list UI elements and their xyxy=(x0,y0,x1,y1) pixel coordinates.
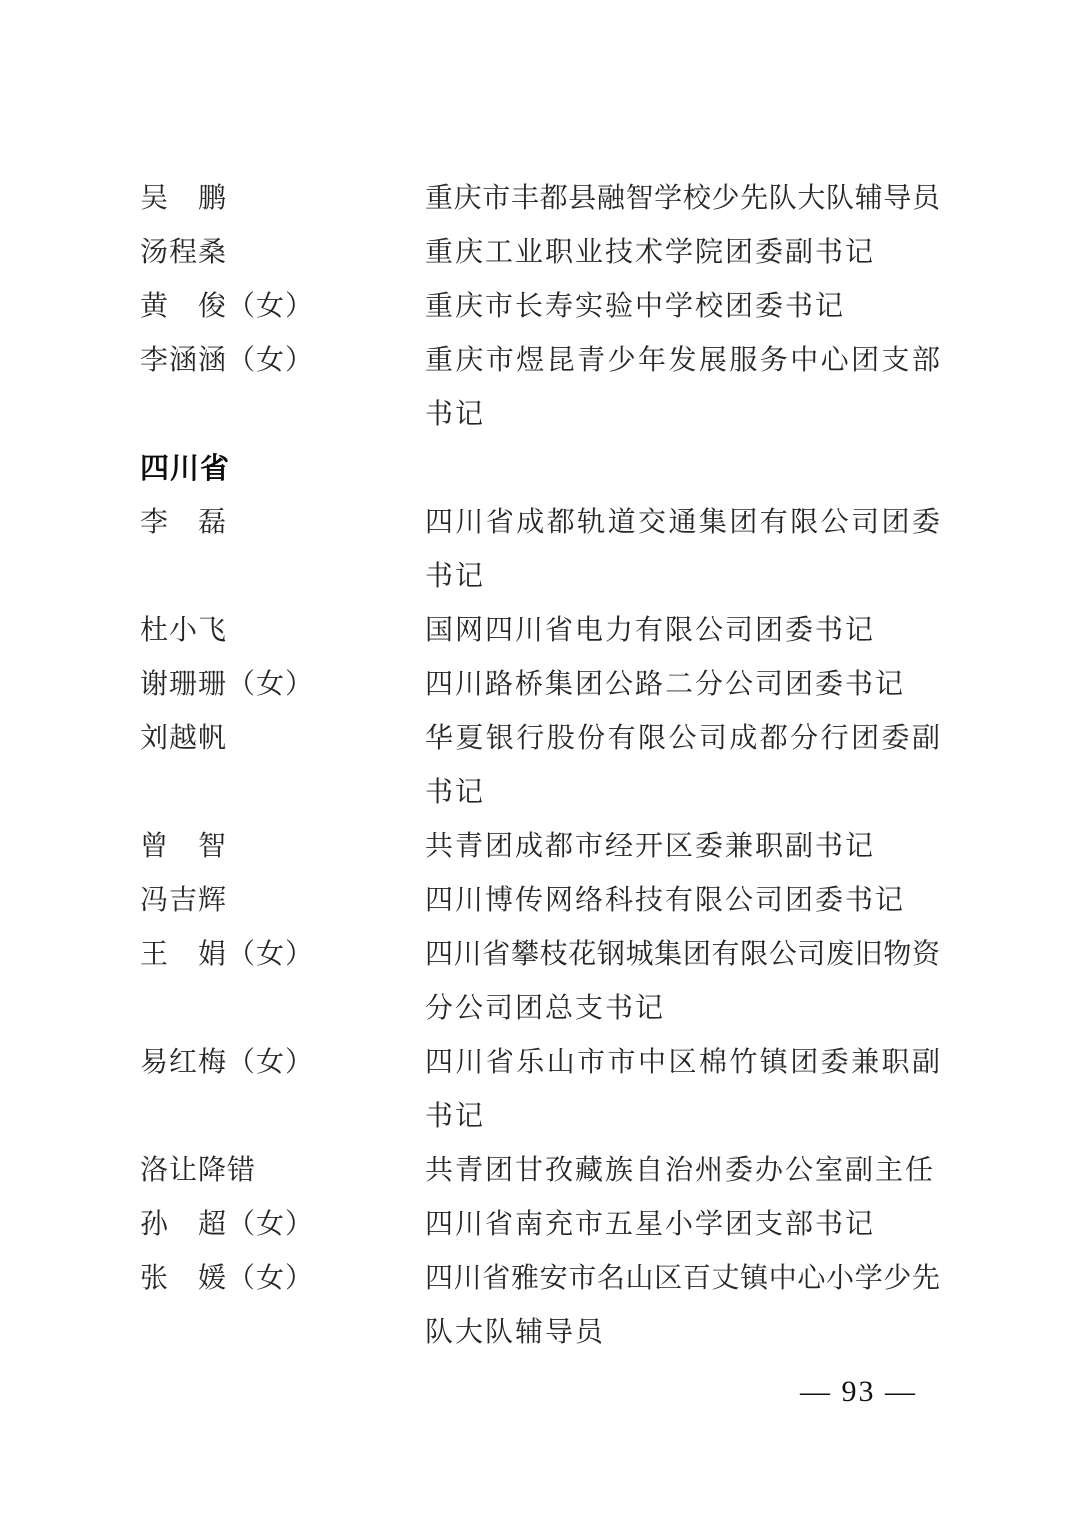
recipient-name: 曾 智 xyxy=(140,820,425,874)
recipient-name: 李涵涵（女） xyxy=(140,334,425,388)
position-line: 书记 xyxy=(425,388,940,442)
position-line: 四川省南充市五星小学团支部书记 xyxy=(425,1198,940,1252)
honor-list-row: 孙 超（女） 四川省南充市五星小学团支部书记 xyxy=(140,1198,940,1252)
recipient-position: 重庆市长寿实验中学校团委书记 xyxy=(425,280,940,334)
recipient-position: 重庆市煜昆青少年发展服务中心团支部 书记 xyxy=(425,334,940,442)
position-line: 重庆市煜昆青少年发展服务中心团支部 xyxy=(425,334,940,388)
honor-list-row: 杜小飞 国网四川省电力有限公司团委书记 xyxy=(140,604,940,658)
position-line: 四川博传网络科技有限公司团委书记 xyxy=(425,874,940,928)
position-line: 队大队辅导员 xyxy=(425,1306,940,1360)
recipient-position: 四川省成都轨道交通集团有限公司团委 书记 xyxy=(425,496,940,604)
position-line: 四川省成都轨道交通集团有限公司团委 xyxy=(425,496,940,550)
position-line: 书记 xyxy=(425,1090,940,1144)
recipient-name: 孙 超（女） xyxy=(140,1198,425,1252)
recipient-name: 张 媛（女） xyxy=(140,1252,425,1306)
recipient-name: 吴 鹏 xyxy=(140,172,425,226)
position-line: 华夏银行股份有限公司成都分行团委副 xyxy=(425,712,940,766)
recipient-position: 国网四川省电力有限公司团委书记 xyxy=(425,604,940,658)
recipient-name: 易红梅（女） xyxy=(140,1036,425,1090)
position-line: 重庆市丰都县融智学校少先队大队辅导员 xyxy=(425,172,940,226)
honor-list-row: 王 娟（女） 四川省攀枝花钢城集团有限公司废旧物资 分公司团总支书记 xyxy=(140,928,940,1036)
position-line: 国网四川省电力有限公司团委书记 xyxy=(425,604,940,658)
position-line: 四川省乐山市市中区棉竹镇团委兼职副 xyxy=(425,1036,940,1090)
recipient-position: 四川省乐山市市中区棉竹镇团委兼职副 书记 xyxy=(425,1036,940,1144)
honor-list-row: 刘越帆 华夏银行股份有限公司成都分行团委副 书记 xyxy=(140,712,940,820)
recipient-name: 洛让降错 xyxy=(140,1144,425,1198)
honor-list-row: 李涵涵（女） 重庆市煜昆青少年发展服务中心团支部 书记 xyxy=(140,334,940,442)
recipient-position: 重庆市丰都县融智学校少先队大队辅导员 xyxy=(425,172,940,226)
honor-list-row: 洛让降错 共青团甘孜藏族自治州委办公室副主任 xyxy=(140,1144,940,1198)
document-page: 吴 鹏 重庆市丰都县融智学校少先队大队辅导员 汤程桑 重庆工业职业技术学院团委副… xyxy=(0,0,1080,1526)
recipient-position: 华夏银行股份有限公司成都分行团委副 书记 xyxy=(425,712,940,820)
page-number: — 93 — xyxy=(140,1374,940,1410)
position-line: 分公司团总支书记 xyxy=(425,982,940,1036)
recipient-position: 共青团甘孜藏族自治州委办公室副主任 xyxy=(425,1144,940,1198)
recipient-position: 重庆工业职业技术学院团委副书记 xyxy=(425,226,940,280)
honor-list-row: 张 媛（女） 四川省雅安市名山区百丈镇中心小学少先 队大队辅导员 xyxy=(140,1252,940,1360)
honor-list-row: 吴 鹏 重庆市丰都县融智学校少先队大队辅导员 xyxy=(140,172,940,226)
recipient-name: 谢珊珊（女） xyxy=(140,658,425,712)
position-line: 重庆市长寿实验中学校团委书记 xyxy=(425,280,940,334)
recipient-name: 杜小飞 xyxy=(140,604,425,658)
position-line: 四川省攀枝花钢城集团有限公司废旧物资 xyxy=(425,928,940,982)
position-line: 重庆工业职业技术学院团委副书记 xyxy=(425,226,940,280)
recipient-name: 刘越帆 xyxy=(140,712,425,766)
honor-list-row: 黄 俊（女） 重庆市长寿实验中学校团委书记 xyxy=(140,280,940,334)
position-line: 四川省雅安市名山区百丈镇中心小学少先 xyxy=(425,1252,940,1306)
recipient-name: 王 娟（女） xyxy=(140,928,425,982)
recipient-name: 黄 俊（女） xyxy=(140,280,425,334)
position-line: 共青团成都市经开区委兼职副书记 xyxy=(425,820,940,874)
recipient-position: 四川省南充市五星小学团支部书记 xyxy=(425,1198,940,1252)
position-line: 四川路桥集团公路二分公司团委书记 xyxy=(425,658,940,712)
position-line: 共青团甘孜藏族自治州委办公室副主任 xyxy=(425,1144,940,1198)
province-section-title: 四川省 xyxy=(140,442,940,496)
recipient-name: 李 磊 xyxy=(140,496,425,550)
recipient-position: 四川路桥集团公路二分公司团委书记 xyxy=(425,658,940,712)
honor-list-row: 曾 智 共青团成都市经开区委兼职副书记 xyxy=(140,820,940,874)
recipient-position: 四川省攀枝花钢城集团有限公司废旧物资 分公司团总支书记 xyxy=(425,928,940,1036)
honor-list-row: 谢珊珊（女） 四川路桥集团公路二分公司团委书记 xyxy=(140,658,940,712)
recipient-position: 共青团成都市经开区委兼职副书记 xyxy=(425,820,940,874)
honor-list-row: 汤程桑 重庆工业职业技术学院团委副书记 xyxy=(140,226,940,280)
honor-list-row: 李 磊 四川省成都轨道交通集团有限公司团委 书记 xyxy=(140,496,940,604)
recipient-name: 冯吉辉 xyxy=(140,874,425,928)
position-line: 书记 xyxy=(425,550,940,604)
recipient-position: 四川博传网络科技有限公司团委书记 xyxy=(425,874,940,928)
recipient-position: 四川省雅安市名山区百丈镇中心小学少先 队大队辅导员 xyxy=(425,1252,940,1360)
honor-list-row: 易红梅（女） 四川省乐山市市中区棉竹镇团委兼职副 书记 xyxy=(140,1036,940,1144)
recipient-name: 汤程桑 xyxy=(140,226,425,280)
honor-list-row: 冯吉辉 四川博传网络科技有限公司团委书记 xyxy=(140,874,940,928)
position-line: 书记 xyxy=(425,766,940,820)
